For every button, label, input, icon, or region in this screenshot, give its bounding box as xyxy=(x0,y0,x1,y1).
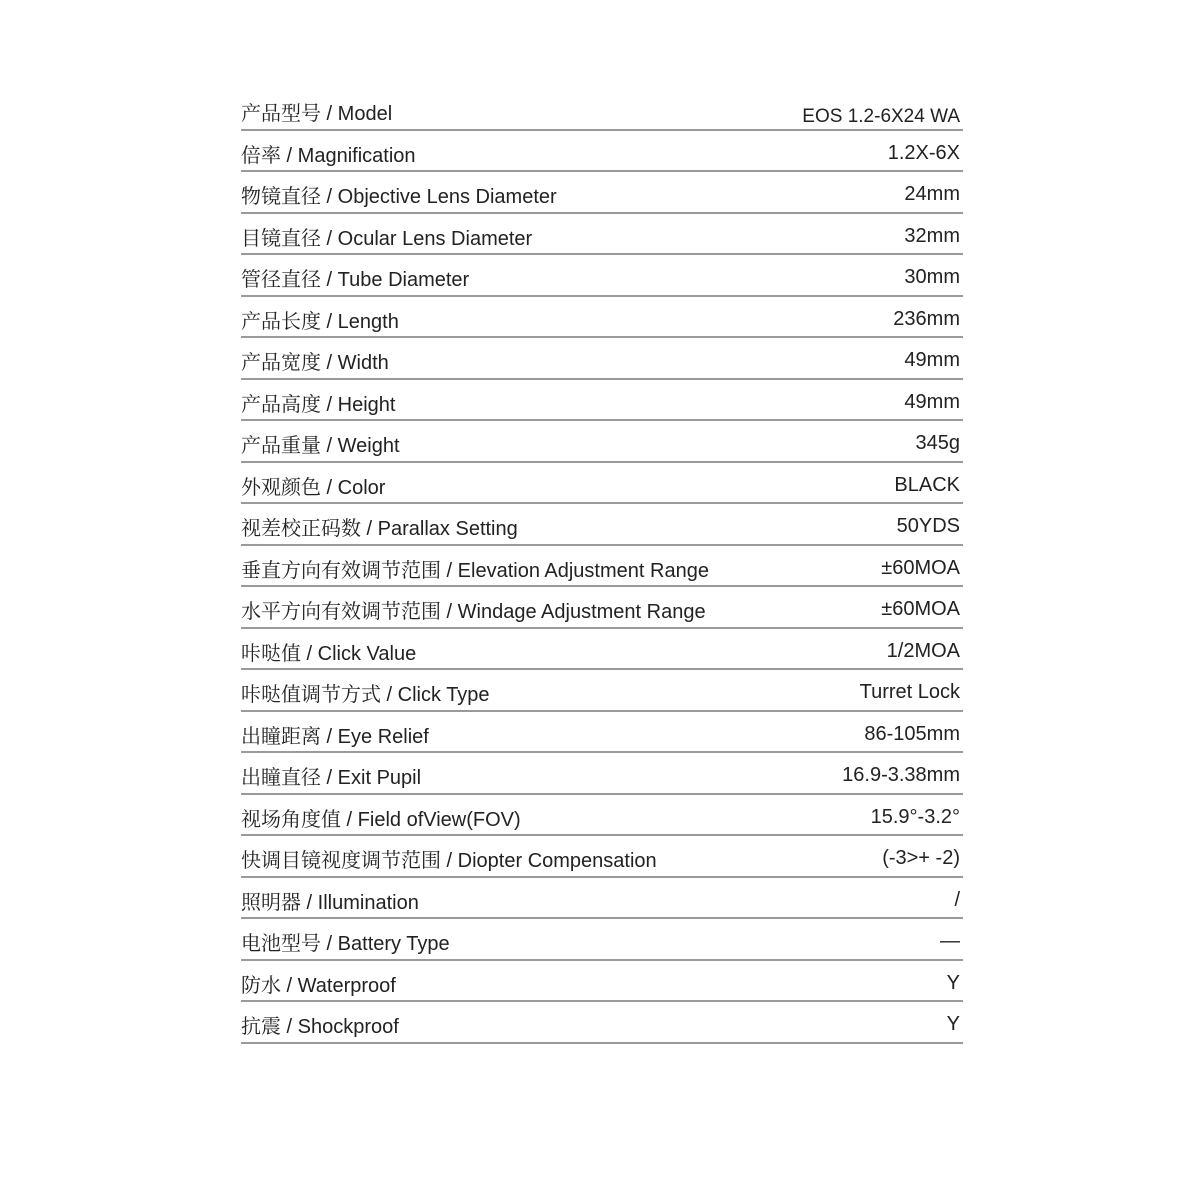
spec-label: 产品高度 / Height xyxy=(241,388,395,417)
spec-label: 抗震 / Shockproof xyxy=(241,1010,399,1039)
spec-row-fov: 视场角度值 / Field ofView(FOV)15.9°-3.2° xyxy=(241,795,963,837)
spec-label: 照明器 / Illumination xyxy=(241,886,419,915)
spec-row-shockproof: 抗震 / ShockproofY xyxy=(241,1002,963,1044)
spec-label: 目镜直径 / Ocular Lens Diameter xyxy=(241,222,532,251)
spec-value: 49mm xyxy=(904,349,963,372)
spec-label: 产品宽度 / Width xyxy=(241,346,389,375)
spec-value: (-3>+ -2) xyxy=(882,847,963,870)
spec-value: 1/2MOA xyxy=(887,640,963,663)
spec-label: 出瞳直径 / Exit Pupil xyxy=(241,761,421,790)
spec-label: 物镜直径 / Objective Lens Diameter xyxy=(241,180,557,209)
spec-row-ocular-lens: 目镜直径 / Ocular Lens Diameter32mm xyxy=(241,214,963,256)
spec-row-model: 产品型号 / ModelEOS 1.2-6X24 WA xyxy=(241,89,963,131)
spec-label: 视差校正码数 / Parallax Setting xyxy=(241,512,518,541)
spec-value: BLACK xyxy=(894,474,963,497)
spec-label: 产品型号 / Model xyxy=(241,97,392,126)
spec-value: Y xyxy=(947,972,963,995)
spec-label: 快调目镜视度调节范围 / Diopter Compensation xyxy=(241,844,657,873)
spec-row-elevation: 垂直方向有效调节范围 / Elevation Adjustment Range±… xyxy=(241,546,963,588)
spec-value: 49mm xyxy=(904,391,963,414)
spec-value: / xyxy=(954,889,963,912)
spec-row-click-type: 咔哒值调节方式 / Click TypeTurret Lock xyxy=(241,670,963,712)
spec-label: 水平方向有效调节范围 / Windage Adjustment Range xyxy=(241,595,706,624)
spec-value: ±60MOA xyxy=(881,598,963,621)
spec-value: 24mm xyxy=(904,183,963,206)
spec-row-eye-relief: 出瞳距离 / Eye Relief86-105mm xyxy=(241,712,963,754)
spec-row-tube-diameter: 管径直径 / Tube Diameter30mm xyxy=(241,255,963,297)
spec-table: 产品型号 / ModelEOS 1.2-6X24 WA 倍率 / Magnifi… xyxy=(241,89,963,1044)
spec-label: 咔哒值调节方式 / Click Type xyxy=(241,678,490,707)
spec-label: 产品长度 / Length xyxy=(241,305,399,334)
spec-row-exit-pupil: 出瞳直径 / Exit Pupil16.9-3.38mm xyxy=(241,753,963,795)
spec-value: 30mm xyxy=(904,266,963,289)
spec-value: — xyxy=(940,930,963,953)
spec-label: 产品重量 / Weight xyxy=(241,429,400,458)
spec-value: 16.9-3.38mm xyxy=(842,764,963,787)
spec-value: 32mm xyxy=(904,225,963,248)
spec-label: 咔哒值 / Click Value xyxy=(241,637,416,666)
spec-label: 倍率 / Magnification xyxy=(241,139,416,168)
spec-label: 管径直径 / Tube Diameter xyxy=(241,263,469,292)
spec-label: 电池型号 / Battery Type xyxy=(241,927,450,956)
spec-value: 1.2X-6X xyxy=(888,142,963,165)
spec-row-width: 产品宽度 / Width49mm xyxy=(241,338,963,380)
spec-row-click-value: 咔哒值 / Click Value1/2MOA xyxy=(241,629,963,671)
spec-row-battery: 电池型号 / Battery Type— xyxy=(241,919,963,961)
spec-value: Turret Lock xyxy=(860,681,963,704)
spec-row-length: 产品长度 / Length236mm xyxy=(241,297,963,339)
spec-value: 86-105mm xyxy=(864,723,963,746)
spec-label: 视场角度值 / Field ofView(FOV) xyxy=(241,803,521,832)
spec-label: 防水 / Waterproof xyxy=(241,969,396,998)
spec-value: 345g xyxy=(916,432,964,455)
spec-row-illumination: 照明器 / Illumination/ xyxy=(241,878,963,920)
spec-row-color: 外观颜色 / ColorBLACK xyxy=(241,463,963,505)
spec-row-magnification: 倍率 / Magnification1.2X-6X xyxy=(241,131,963,173)
spec-row-waterproof: 防水 / WaterproofY xyxy=(241,961,963,1003)
spec-row-parallax: 视差校正码数 / Parallax Setting50YDS xyxy=(241,504,963,546)
spec-row-windage: 水平方向有效调节范围 / Windage Adjustment Range±60… xyxy=(241,587,963,629)
spec-label: 垂直方向有效调节范围 / Elevation Adjustment Range xyxy=(241,554,709,583)
spec-row-weight: 产品重量 / Weight345g xyxy=(241,421,963,463)
spec-label: 出瞳距离 / Eye Relief xyxy=(241,720,429,749)
spec-value: 50YDS xyxy=(897,515,963,538)
spec-label: 外观颜色 / Color xyxy=(241,471,385,500)
spec-row-objective-lens: 物镜直径 / Objective Lens Diameter24mm xyxy=(241,172,963,214)
spec-value: 236mm xyxy=(893,308,963,331)
spec-row-diopter: 快调目镜视度调节范围 / Diopter Compensation(-3>+ -… xyxy=(241,836,963,878)
spec-value: Y xyxy=(947,1013,963,1036)
spec-value: EOS 1.2-6X24 WA xyxy=(802,96,963,128)
spec-row-height: 产品高度 / Height49mm xyxy=(241,380,963,422)
spec-value: 15.9°-3.2° xyxy=(871,806,963,829)
spec-value: ±60MOA xyxy=(881,557,963,580)
